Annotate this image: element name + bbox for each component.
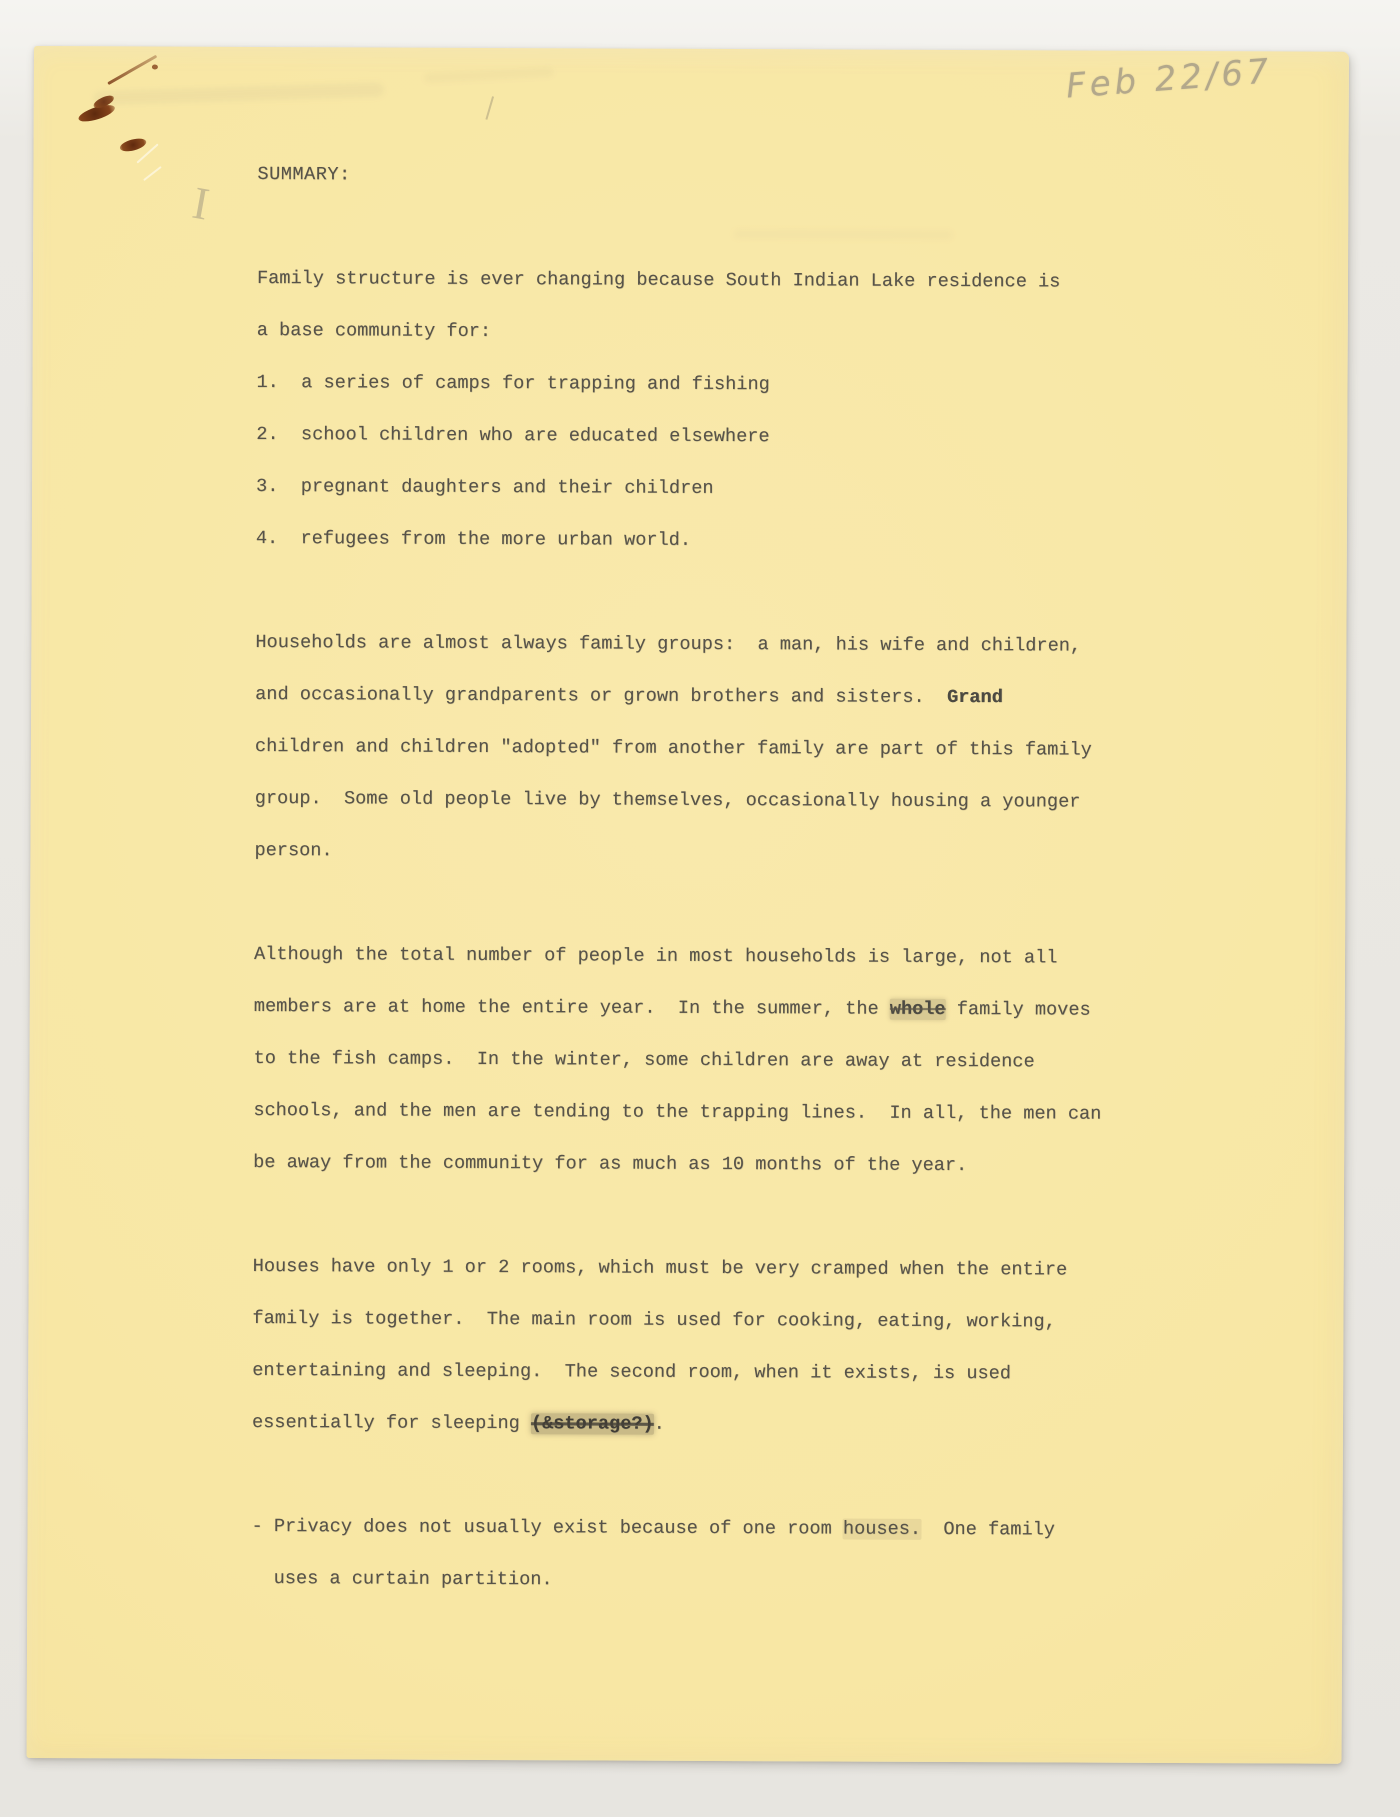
pencil-smudge (94, 82, 384, 105)
typed-line: and occasionally grandparents or grown b… (255, 669, 1316, 726)
pencil-smudge (424, 67, 554, 83)
paragraph-household-size: Although the total number of people in m… (253, 929, 1315, 1194)
typed-line: be away from the community for as much a… (253, 1137, 1314, 1194)
typed-text: members are at home the entire year. In … (254, 996, 890, 1020)
smudged-word: houses. (843, 1519, 921, 1540)
typed-line: Family structure is ever changing becaus… (257, 253, 1318, 310)
typed-line: Households are almost always family grou… (255, 617, 1316, 674)
typed-line: person. (254, 825, 1315, 882)
list-item: 4. refugees from the more urban world. (256, 513, 1317, 570)
paragraph-family-structure: Family structure is ever changing becaus… (256, 253, 1318, 570)
paper-scratch (143, 166, 162, 181)
struck-out-text: (&storage?) (531, 1413, 654, 1435)
typed-text: - Privacy does not usually exist because… (251, 1516, 842, 1540)
ink-stain-streak (107, 55, 157, 85)
list-item: 1. a series of camps for trapping and fi… (256, 357, 1317, 414)
paragraph-households: Households are almost always family grou… (254, 617, 1316, 882)
list-item: 3. pregnant daughters and their children (256, 461, 1317, 518)
typed-line: schools, and the men are tending to the … (253, 1085, 1314, 1142)
list-item: 2. school children who are educated else… (256, 409, 1317, 466)
typed-line: - Privacy does not usually exist because… (251, 1501, 1312, 1558)
typed-text-block: SUMMARY: Family structure is ever changi… (251, 149, 1318, 1610)
ink-stain-dot (152, 65, 158, 70)
pencil-mark: I (189, 176, 214, 231)
typed-text: family moves (946, 999, 1091, 1021)
typed-line: entertaining and sleeping. The second ro… (252, 1345, 1313, 1402)
typed-text: essentially for sleeping (252, 1412, 531, 1434)
handwritten-date: Feb 22/67 (1065, 51, 1274, 106)
paragraph-privacy: - Privacy does not usually exist because… (251, 1501, 1312, 1610)
overstruck-word: whole (890, 999, 946, 1020)
ink-stain-blob (119, 136, 148, 154)
summary-heading: SUMMARY: (257, 149, 1318, 206)
typed-line: members are at home the entire year. In … (254, 981, 1315, 1038)
paragraph-houses: Houses have only 1 or 2 rooms, which mus… (252, 1241, 1314, 1454)
typed-text: and occasionally grandparents or grown b… (255, 684, 947, 708)
document-page: I Feb 22/67 SUMMARY: Family structure is… (27, 46, 1349, 1764)
typed-line: children and children "adopted" from ano… (255, 721, 1316, 778)
typed-text: One family (921, 1519, 1055, 1541)
typed-line: group. Some old people live by themselve… (255, 773, 1316, 830)
typed-line: to the fish camps. In the winter, some c… (253, 1033, 1314, 1090)
typed-line: essentially for sleeping (&storage?). (252, 1397, 1313, 1454)
retyped-word: Grand (947, 687, 1003, 708)
typed-line: Although the total number of people in m… (254, 929, 1315, 986)
typed-line: Houses have only 1 or 2 rooms, which mus… (253, 1241, 1314, 1298)
typed-line: a base community for: (257, 305, 1318, 362)
typed-text: . (654, 1414, 665, 1435)
typed-line: family is together. The main room is use… (252, 1293, 1313, 1350)
typed-line: uses a curtain partition. (251, 1553, 1312, 1610)
pencil-slash-mark (485, 96, 494, 120)
